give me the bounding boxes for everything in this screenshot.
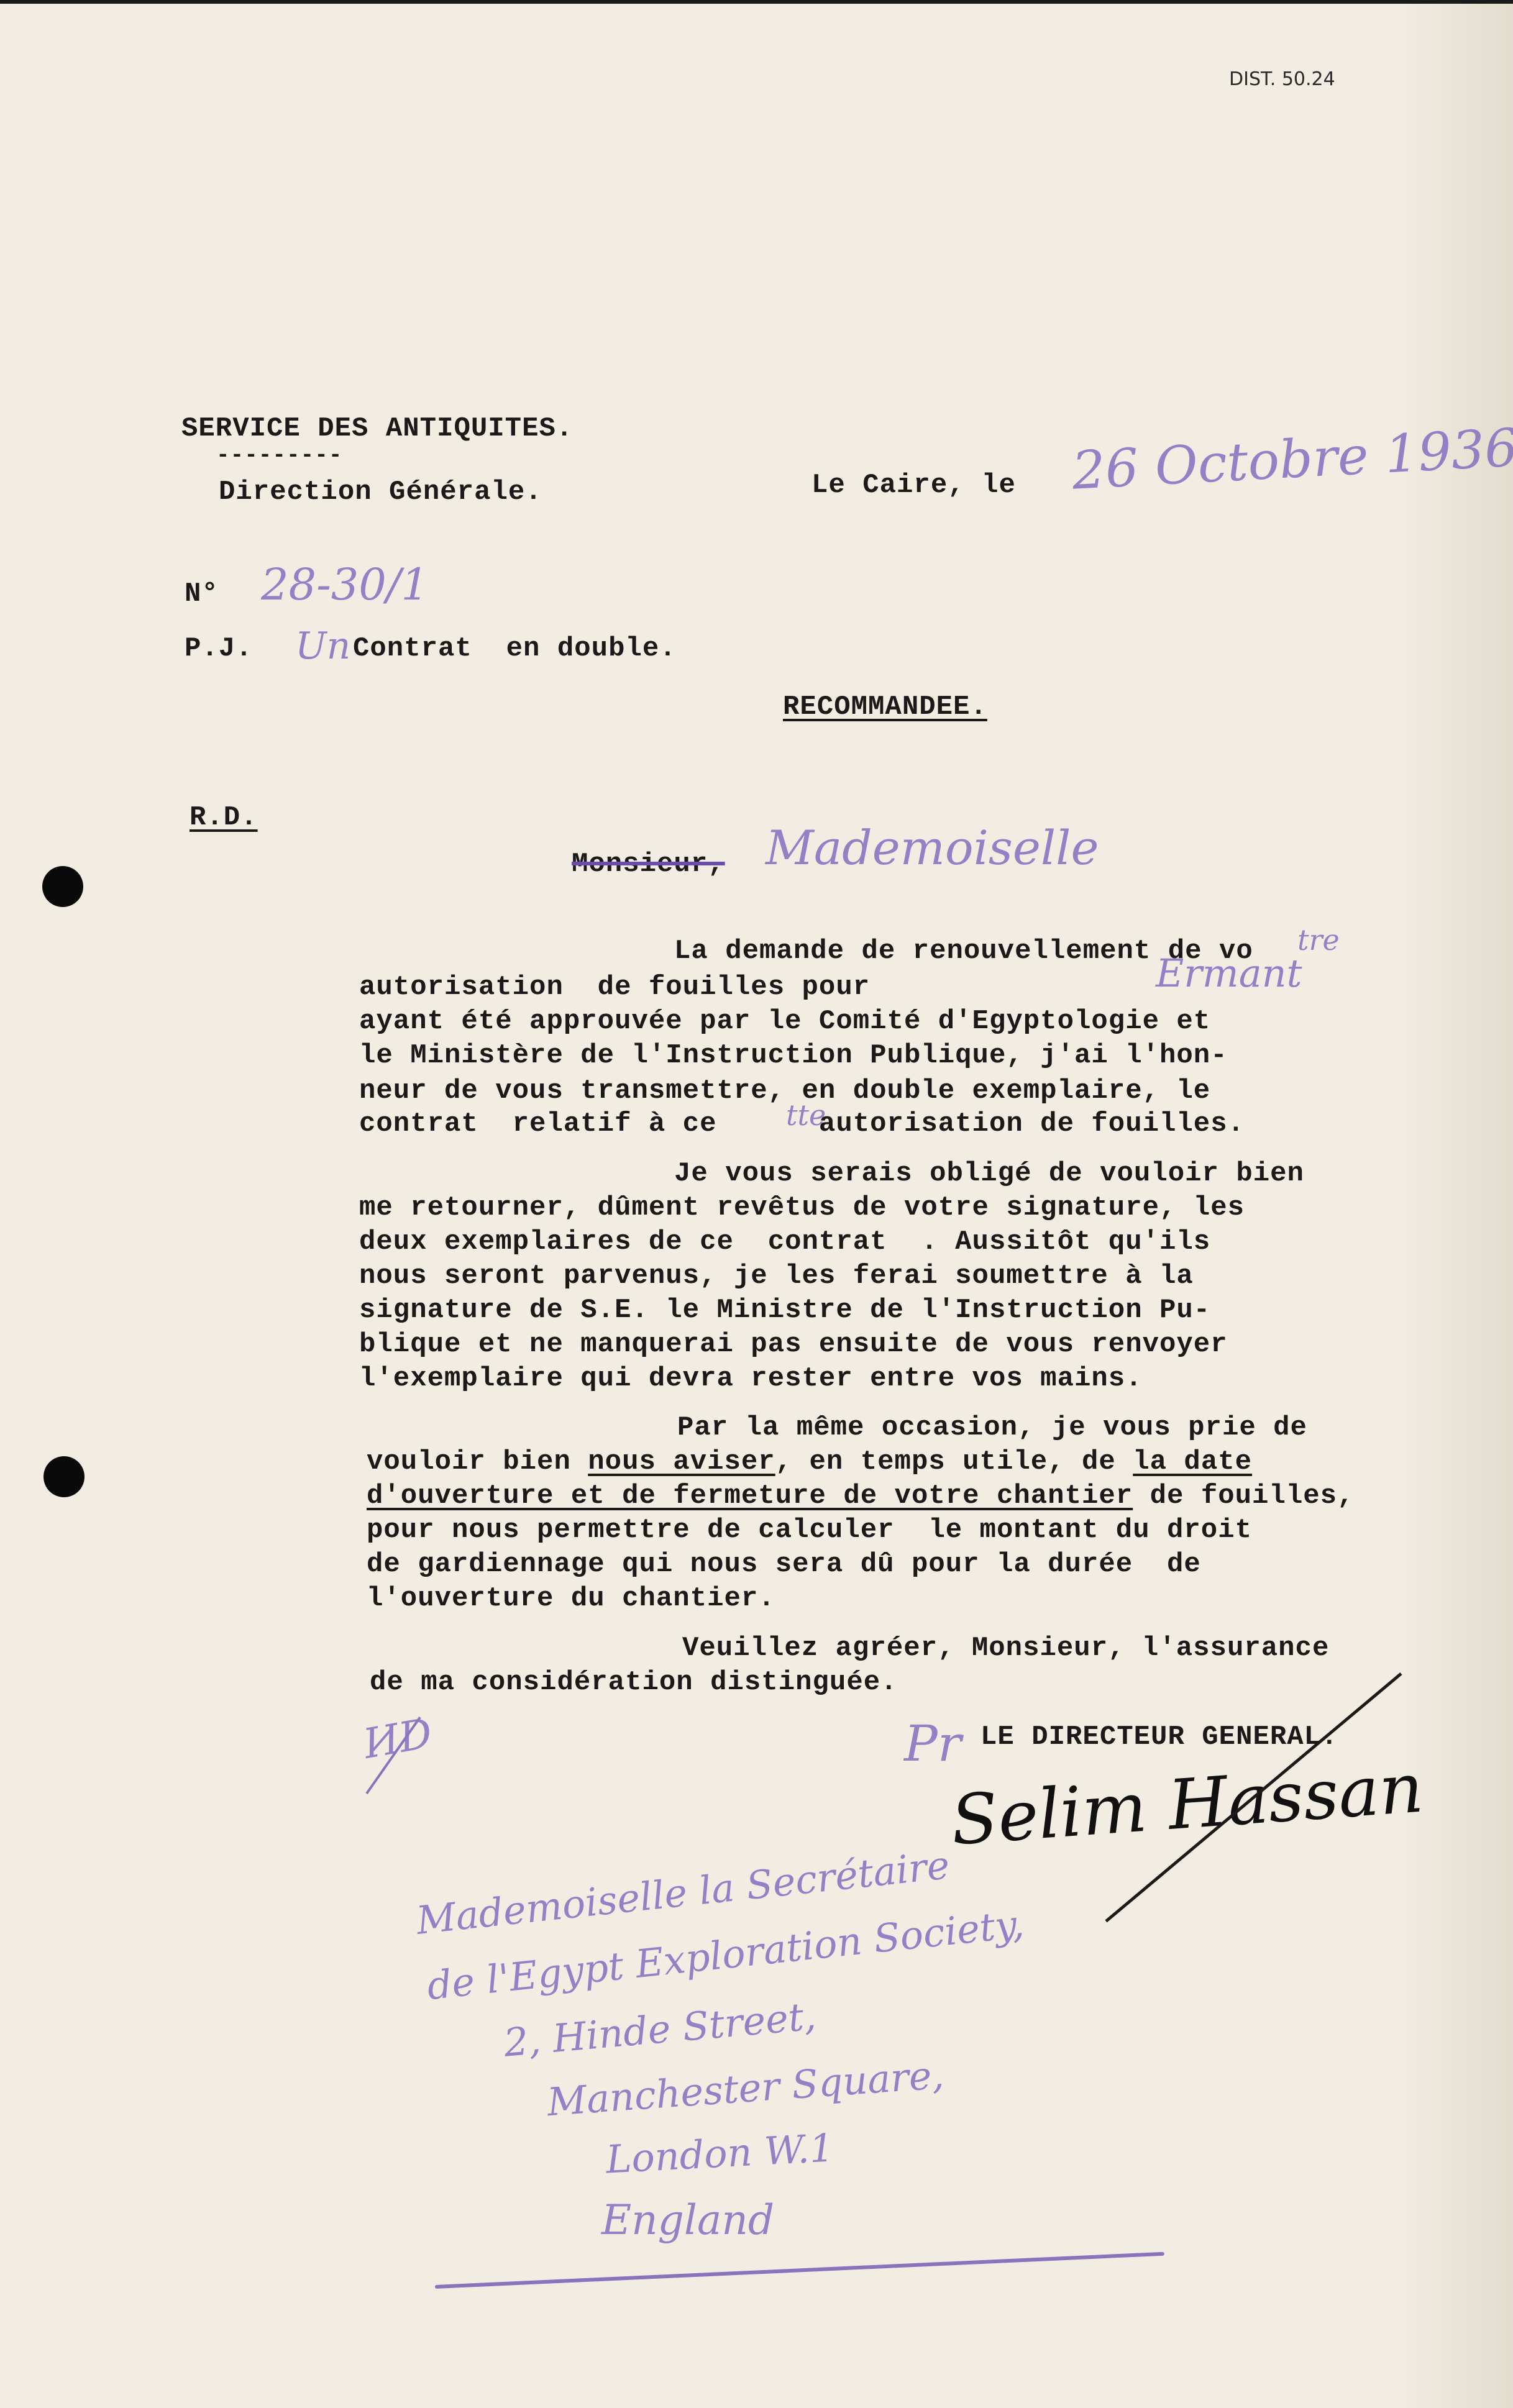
reference-number-value: 28-30/1	[261, 559, 429, 610]
registered-mail-label: RECOMMANDEE.	[783, 691, 987, 723]
initial-mark: ИD	[360, 1709, 436, 1768]
p1-hand-site: Ermant	[1156, 951, 1302, 996]
underlined-nous-aviser: nous aviser	[588, 1446, 775, 1477]
p2-line-6: blique et ne manquerai pas ensuite de vo…	[359, 1328, 1228, 1361]
p2-line-7: l'exemplaire qui devra rester entre vos …	[359, 1362, 1143, 1395]
archive-mark: DIST. 50.24	[1229, 68, 1335, 90]
punch-hole-top	[42, 866, 83, 907]
p2-line-2: me retourner, dûment revêtus de votre si…	[359, 1192, 1245, 1224]
p1-line-3: ayant été approuvée par le Comité d'Egyp…	[359, 1005, 1210, 1038]
reference-number-label: N°	[185, 578, 219, 610]
punch-hole-bottom	[43, 1456, 85, 1497]
salutation-struck: Monsieur,	[572, 848, 725, 880]
p2-line-1: Je vous serais obligé de vouloir bien	[674, 1157, 1304, 1190]
pr-handwritten: Pr	[904, 1715, 961, 1772]
p1-hand-tte: tte	[786, 1098, 826, 1132]
p3-line-2: vouloir bien nous aviser, en temps utile…	[367, 1446, 1252, 1478]
address-underline	[435, 2252, 1164, 2289]
p3-line-6: l'ouverture du chantier.	[367, 1582, 775, 1615]
closing-line-1: Veuillez agréer, Monsieur, l'assurance	[682, 1632, 1329, 1664]
p1-line-2: autorisation de fouilles pour	[359, 971, 870, 1003]
p2-line-3: deux exemplaires de ce contrat . Aussitô…	[359, 1226, 1210, 1258]
p3-line-2-text-b: , en temps utile, de	[775, 1446, 1133, 1477]
p3-line-3-text: de fouilles,	[1133, 1480, 1354, 1512]
header-separator: ---------	[216, 444, 342, 467]
p1-line-5: neur de vous transmettre, en double exem…	[359, 1075, 1210, 1107]
address-line-4: Manchester Square,	[546, 2052, 945, 2125]
initials: R.D.	[190, 801, 258, 834]
closing-line-2: de ma considération distinguée.	[370, 1666, 898, 1699]
p2-line-4: nous seront parvenus, je les ferai soume…	[359, 1260, 1194, 1292]
scan-top-edge	[0, 0, 1513, 4]
p3-line-4: pour nous permettre de calculer le monta…	[367, 1514, 1252, 1546]
handwritten-date: 26 Octobre 1936	[1071, 417, 1513, 501]
underlined-opening-closing: d'ouverture et de fermeture de votre cha…	[367, 1480, 1133, 1512]
signatory-title: LE DIRECTEUR GENERAL.	[980, 1721, 1338, 1753]
attachment-label: P.J.	[185, 632, 253, 665]
place-prefix: Le Caire, le	[811, 469, 1016, 501]
underlined-la-date: la date	[1133, 1446, 1252, 1477]
department-name: Direction Générale.	[219, 476, 542, 508]
salutation-handwritten: Mademoiselle	[766, 820, 1099, 875]
address-line-5: London W.1	[605, 2125, 834, 2182]
p3-line-5: de gardiennage qui nous sera dû pour la …	[367, 1548, 1201, 1580]
organization-name: SERVICE DES ANTIQUITES.	[181, 413, 573, 445]
address-line-6: England	[601, 2196, 774, 2244]
signature: Selim Hassan	[948, 1748, 1425, 1861]
p3-line-2-text: vouloir bien	[367, 1446, 588, 1477]
p2-line-5: signature de S.E. le Ministre de l'Instr…	[359, 1294, 1210, 1326]
attachment-hand-note: Un	[295, 624, 350, 668]
p1-hand-tre: tre	[1297, 923, 1340, 957]
p1-line-4: le Ministère de l'Instruction Publique, …	[359, 1039, 1228, 1072]
attachment-text: Contrat en double.	[353, 632, 677, 665]
p3-line-3: d'ouverture et de fermeture de votre cha…	[367, 1480, 1354, 1512]
address-line-3: 2, Hinde Street,	[502, 1993, 818, 2066]
p3-line-1: Par la même occasion, je vous prie de	[677, 1412, 1307, 1444]
